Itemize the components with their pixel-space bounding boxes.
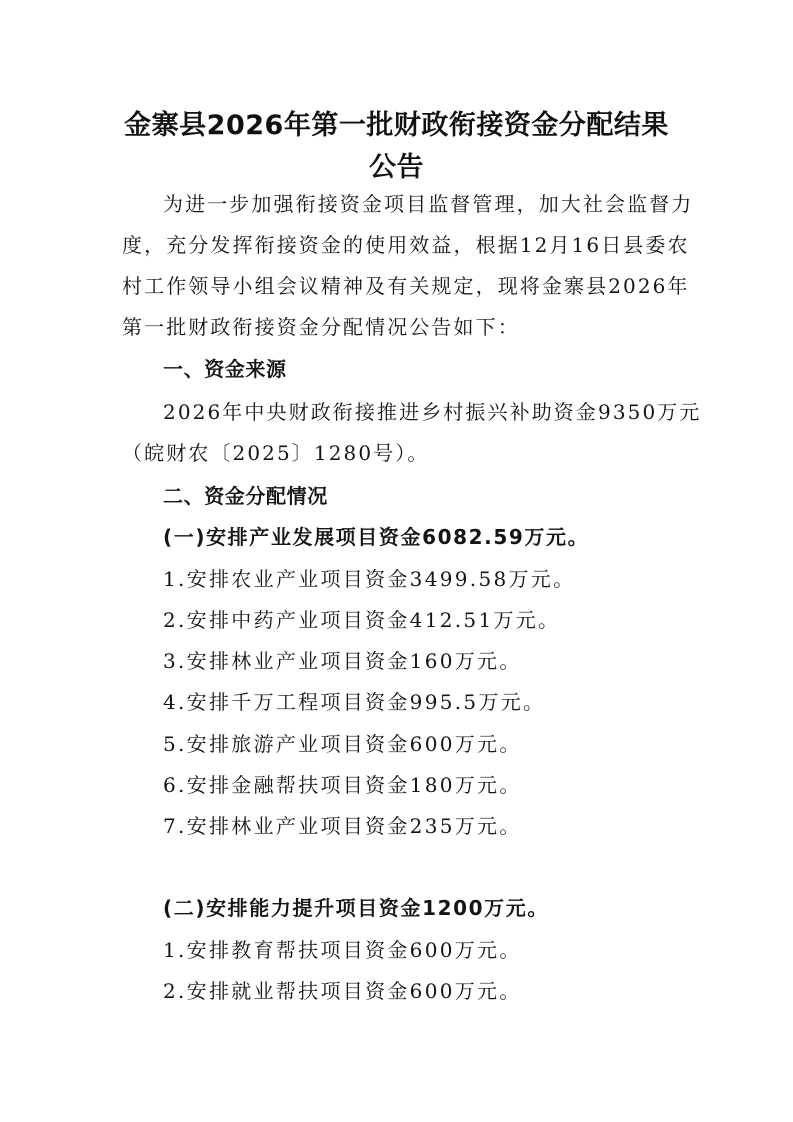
allocation-item: 1.安排农业产业项目资金3499.58万元。 bbox=[163, 563, 674, 592]
document-title-line2: 公告 bbox=[0, 145, 793, 184]
intro-paragraph-line: 度，充分发挥衔接资金的使用效益，根据12月16日县委农 bbox=[122, 229, 674, 258]
allocation-item: 2.安排就业帮扶项目资金600万元。 bbox=[163, 975, 674, 1004]
intro-paragraph-line: 村工作领导小组会议精神及有关规定，现将金寨县2026年 bbox=[122, 270, 674, 299]
allocation-item: 2.安排中药产业项目资金412.51万元。 bbox=[163, 604, 674, 633]
allocation-item: 4.安排千万工程项目资金995.5万元。 bbox=[163, 686, 674, 715]
subsection-heading-capacity: (二)安排能力提升项目资金1200万元。 bbox=[163, 892, 674, 921]
intro-paragraph-line: 第一批财政衔接资金分配情况公告如下： bbox=[122, 311, 674, 340]
subsection-heading-industry: (一)安排产业发展项目资金6082.59万元。 bbox=[163, 521, 674, 550]
document-page: 金寨县2026年第一批财政衔接资金分配结果 公告 为进一步加强衔接资金项目监督管… bbox=[0, 0, 793, 1122]
intro-paragraph-line: 为进一步加强衔接资金项目监督管理，加大社会监督力 bbox=[163, 188, 674, 217]
document-title-line1: 金寨县2026年第一批财政衔接资金分配结果 bbox=[0, 103, 793, 142]
allocation-item: 1.安排教育帮扶项目资金600万元。 bbox=[163, 934, 674, 963]
allocation-item: 5.安排旅游产业项目资金600万元。 bbox=[163, 728, 674, 757]
section-heading-funding-source: 一、资金来源 bbox=[163, 353, 674, 382]
allocation-item: 3.安排林业产业项目资金160万元。 bbox=[163, 645, 674, 674]
allocation-item: 6.安排金融帮扶项目资金180万元。 bbox=[163, 769, 674, 798]
section-heading-allocation: 二、资金分配情况 bbox=[163, 480, 674, 509]
allocation-item: 7.安排林业产业项目资金235万元。 bbox=[163, 810, 674, 839]
funding-source-line: 2026年中央财政衔接推进乡村振兴补助资金9350万元 bbox=[163, 396, 674, 425]
funding-source-line: （皖财农〔2025〕1280号）。 bbox=[122, 437, 674, 466]
